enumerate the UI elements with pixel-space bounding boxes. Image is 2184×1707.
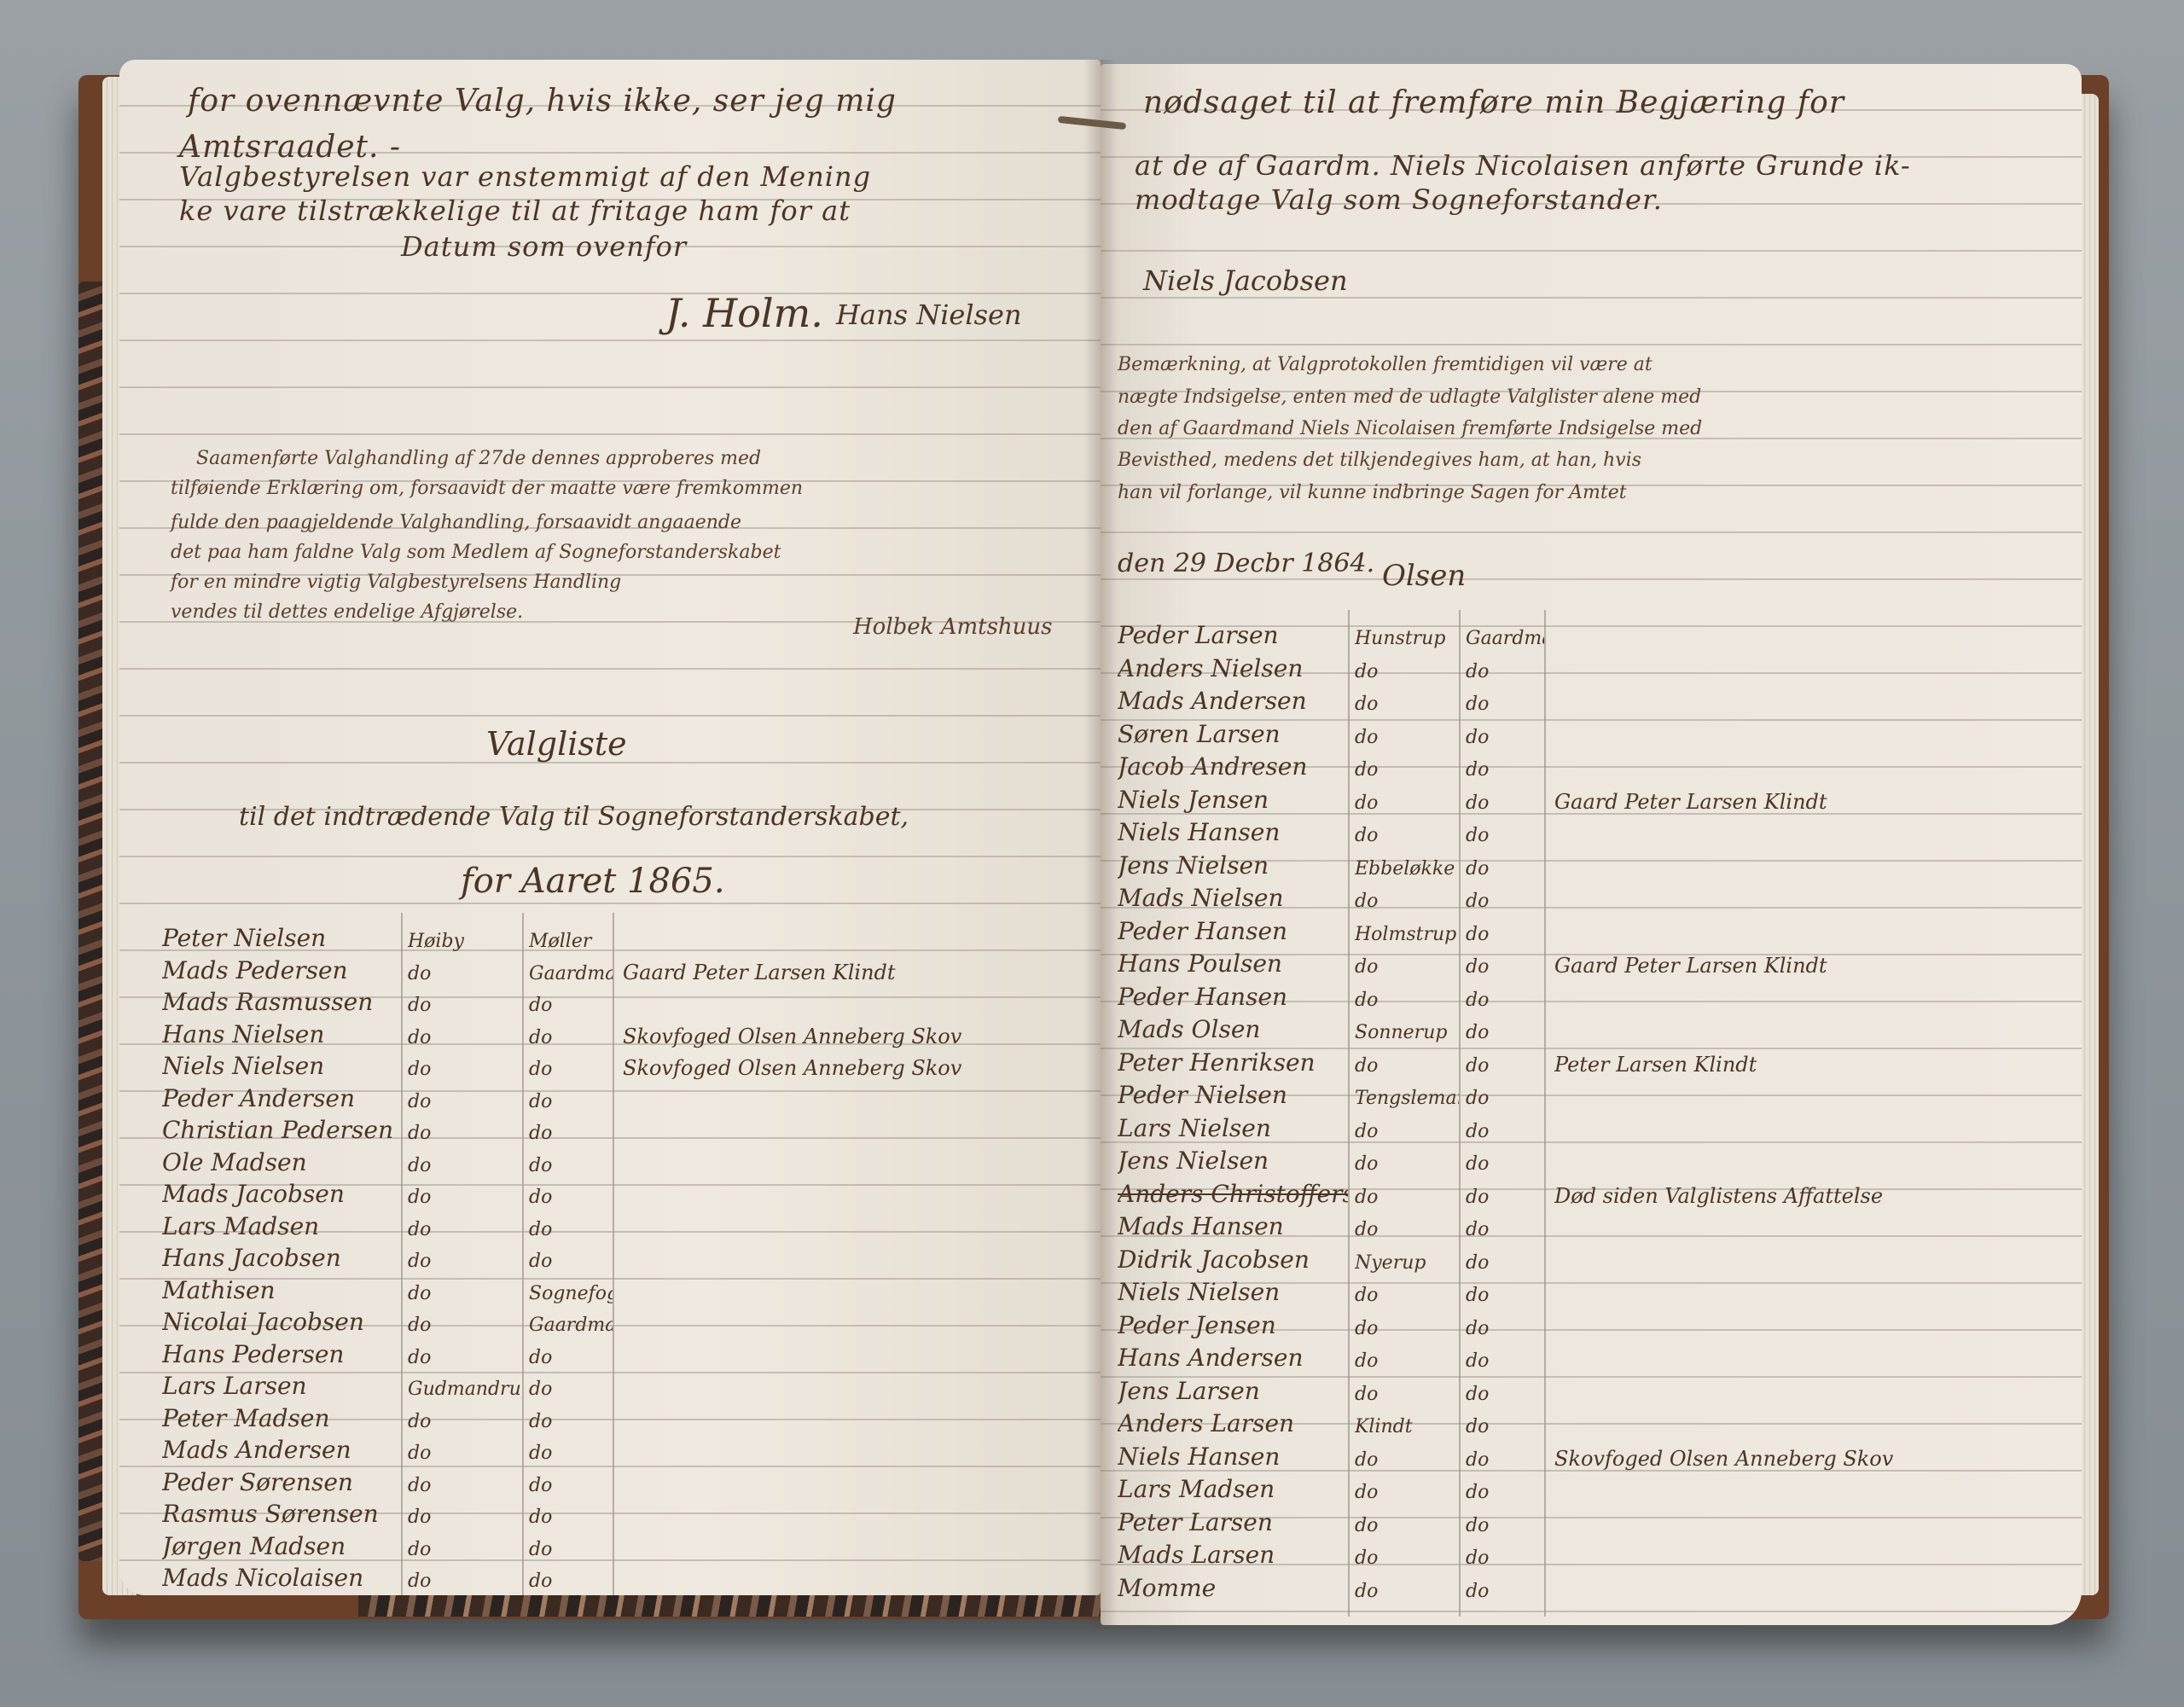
paragraph-line: han vil forlange, vil kunne indbringe Sa…: [1118, 482, 1627, 503]
cell-name: Momme: [1118, 1574, 1348, 1602]
text-line: nødsaget til at fremføre min Begjæring f…: [1143, 85, 1844, 120]
paragraph-line: den af Gaardmand Niels Nicolaisen fremfø…: [1118, 418, 1702, 439]
table-row: Mommedodo: [1101, 1563, 2082, 1609]
list-subtitle: til det indtrædende Valg til Sogneforsta…: [239, 802, 909, 832]
cell-status: do: [1466, 1581, 1544, 1602]
signature: Hans Nielsen: [836, 299, 1022, 331]
text-line: at de af Gaardm. Niels Nicolaisen anført…: [1135, 149, 1911, 182]
cell-name: Mads Nicolaisen: [162, 1564, 401, 1592]
book-gutter: [1083, 60, 1118, 1629]
signature: J. Holm.: [665, 290, 823, 336]
text-line: Amtsraadet. -: [179, 130, 401, 165]
table-row: Mads Nicolaisendodo: [119, 1553, 1101, 1595]
paragraph-line: nægte Indsigelse, enten med de udlagte V…: [1118, 386, 1701, 408]
text-line: modtage Valg som Sogneforstander.: [1135, 183, 1663, 216]
signature: Holbek Amtshuus: [853, 614, 1053, 640]
cell-place: do: [1355, 1581, 1459, 1602]
signature: Niels Jacobsen: [1143, 264, 1348, 297]
right-page: nødsaget til at fremføre min Begjæring f…: [1101, 64, 2082, 1625]
paragraph-line: vendes til dettes endelige Afgjørelse.: [171, 601, 523, 623]
date-line: den 29 Decbr 1864.: [1118, 549, 1374, 578]
paragraph-line: Bevisthed, medens det tilkjendegives ham…: [1118, 450, 1641, 471]
text-line: for ovennævnte Valg, hvis ikke, ser jeg …: [188, 84, 897, 119]
paragraph-line: det paa ham faldne Valg som Medlem af So…: [171, 542, 781, 563]
list-year: for Aaret 1865.: [461, 862, 725, 901]
text-line: Valgbestyrelsen var enstemmigt af den Me…: [179, 160, 871, 193]
cell-place: do: [408, 1571, 522, 1592]
text-line: ke vare tilstrækkelige til at fritage ha…: [179, 195, 851, 227]
paragraph-line: tilføiende Erklæring om, forsaavidt der …: [171, 478, 803, 499]
list-title: Valgliste: [486, 725, 627, 763]
paragraph-line: fulde den paagjeldende Valghandling, for…: [171, 512, 741, 533]
paragraph-line: for en mindre vigtig Valgbestyrelsens Ha…: [171, 572, 621, 593]
paragraph-line: Saamenførte Valghandling af 27de dennes …: [196, 448, 761, 469]
text-line: Datum som ovenfor: [401, 230, 687, 263]
cell-status: do: [529, 1571, 613, 1592]
left-page: for ovennævnte Valg, hvis ikke, ser jeg …: [119, 60, 1101, 1595]
signature: Olsen: [1382, 559, 1466, 593]
paragraph-line: Bemærkning, at Valgprotokollen fremtidig…: [1118, 354, 1653, 375]
